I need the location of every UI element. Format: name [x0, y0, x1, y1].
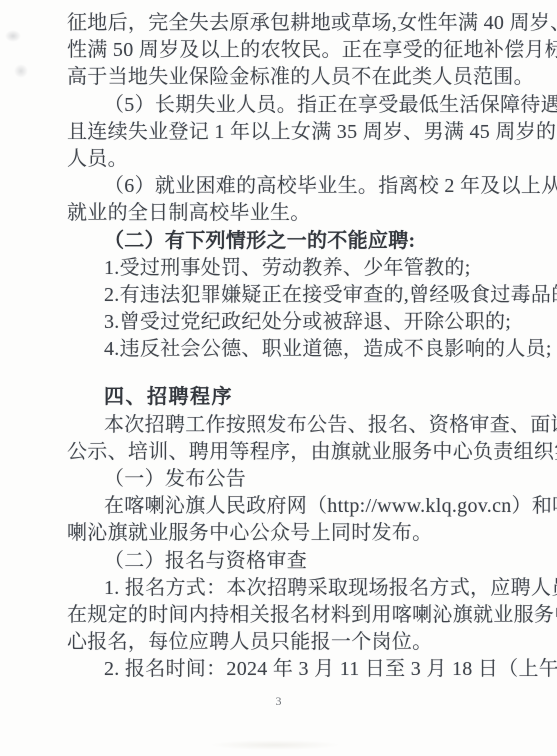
list-item-line: 1. 报名方式：本次招聘采取现场报名方式，应聘人员须	[67, 575, 513, 602]
list-item-line: 4.违反社会公德、职业道德，造成不良影响的人员;	[67, 336, 513, 363]
text-line: 性满 50 周岁及以上的农牧民。正在享受的征地补偿月标准	[67, 37, 513, 64]
scan-smudge	[14, 64, 28, 78]
text-line: 且连续失业登记 1 年以上女满 35 周岁、男满 45 周岁的失业	[67, 119, 513, 146]
list-item-line: 1.受过刑事处罚、劳动教养、少年管教的;	[67, 255, 513, 282]
document-page: 征地后，完全失去原承包耕地或草场,女性年满 40 周岁、男 性满 50 周岁及以…	[0, 0, 557, 756]
scan-smudge	[210, 740, 340, 750]
text-line: 心报名，每位应聘人员只能报一个岗位。	[67, 629, 513, 656]
list-item-line: 3.曾受过党纪政纪处分或被辞退、开除公职的;	[67, 309, 513, 336]
text-line-with-url: 在喀喇沁旗人民政府网（http://www.klq.gov.cn）和喀	[67, 493, 513, 520]
subsection-heading-line: （一）发布公告	[67, 466, 513, 493]
list-item-line: 2. 报名时间：2024 年 3 月 11 日至 3 月 18 日（上午	[67, 656, 513, 683]
text-line: 人员。	[67, 146, 513, 173]
text-line: （5）长期失业人员。指正在享受最低生活保障待遇的，	[67, 92, 513, 119]
text-line: 公示、培训、聘用等程序，由旗就业服务中心负责组织实施。	[67, 439, 513, 466]
clause-heading-line: （二）有下列情形之一的不能应聘:	[67, 228, 513, 255]
text-line: 在规定的时间内持相关报名材料到用喀喇沁旗就业服务中	[67, 602, 513, 629]
text-line: 高于当地失业保险金标准的人员不在此类人员范围。	[67, 64, 513, 91]
text-line: 本次招聘工作按照发布公告、报名、资格审查、面试、	[67, 412, 513, 439]
list-item-line: 2.有违法犯罪嫌疑正在接受审查的,曾经吸食过毒品的;	[67, 282, 513, 309]
text-line: 征地后，完全失去原承包耕地或草场,女性年满 40 周岁、男	[67, 10, 513, 37]
section-heading-line: 四、招聘程序	[67, 384, 513, 411]
page-number: 3	[0, 694, 557, 709]
text-line: 就业的全日制高校毕业生。	[67, 200, 513, 227]
document-body: 征地后，完全失去原承包耕地或草场,女性年满 40 周岁、男 性满 50 周岁及以…	[67, 10, 513, 684]
subsection-heading-line: （二）报名与资格审查	[67, 548, 513, 575]
text-line: （6）就业困难的高校毕业生。指离校 2 年及以上从未	[67, 173, 513, 200]
text-line: 喇沁旗就业服务中心公众号上同时发布。	[67, 520, 513, 547]
scan-smudge	[5, 30, 21, 42]
